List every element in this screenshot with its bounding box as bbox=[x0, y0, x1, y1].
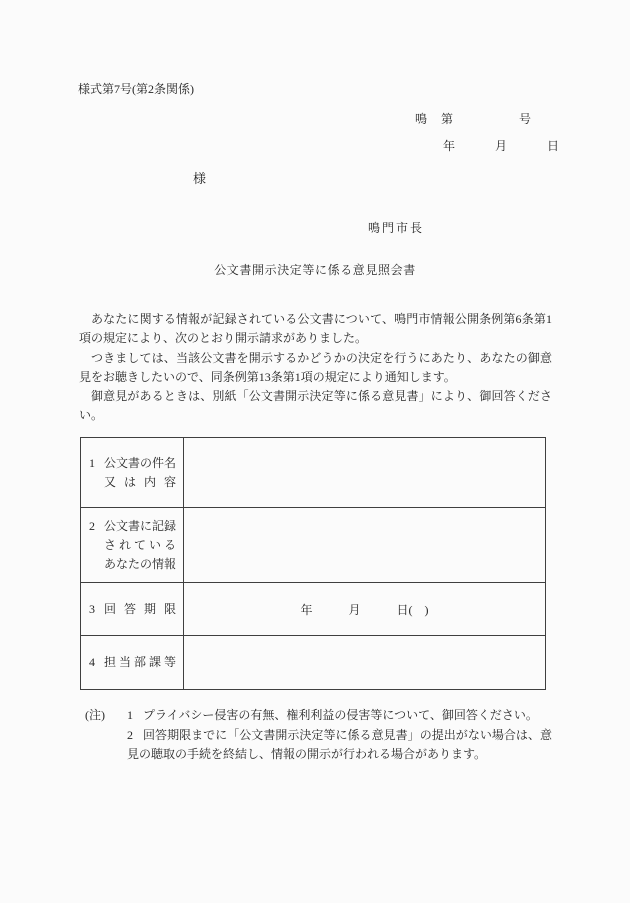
table-row-2: 2 公文書に記録 されている あなたの情報 bbox=[81, 508, 546, 583]
note-item-2: 2回答期限までに「公文書開示決定等に係る意見書」の提出がない場合は、意見の聴取の… bbox=[80, 726, 552, 765]
document-page: 様式第7号(第2条関係) 鳴 第 号 年 月 日 様 鳴門市長 公文書開示決定等… bbox=[0, 0, 630, 903]
row-1-label-line-2: 又は内容 bbox=[104, 473, 176, 492]
row-4-value-cell bbox=[184, 636, 546, 690]
row-2-number: 2 bbox=[89, 517, 104, 536]
note-2-number: 2 bbox=[127, 726, 143, 746]
ref-number-line: 鳴 第 号 bbox=[415, 110, 532, 127]
row-2-label-line-1: 公文書に記録 bbox=[104, 517, 176, 536]
note-item-1: 1プライバシー侵害の有無、権利利益の侵害等について、御回答ください。 bbox=[80, 706, 552, 726]
body-paragraphs: あなたに関する情報が記録されている公文書について、鳴門市情報公開条例第6条第1項… bbox=[79, 310, 552, 426]
row-1-label-cell: 1 公文書の件名 又は内容 bbox=[81, 438, 184, 508]
row-2-value-cell bbox=[184, 508, 546, 583]
note-2-text: 回答期限までに「公文書開示決定等に係る意見書」の提出がない場合は、意見の聴取の手… bbox=[127, 728, 552, 762]
note-1-number: 1 bbox=[127, 706, 143, 726]
row-1-label-line-1: 公文書の件名 bbox=[104, 454, 176, 473]
document-title: 公文書開示決定等に係る意見照会書 bbox=[0, 261, 630, 278]
table-row-1: 1 公文書の件名 又は内容 bbox=[81, 438, 546, 508]
date-line: 年 月 日 bbox=[443, 137, 560, 154]
row-3-label-line-1: 回答期限 bbox=[104, 600, 176, 619]
row-2-label-line-2: されている bbox=[104, 536, 176, 555]
addressee-sama: 様 bbox=[193, 168, 206, 187]
table-row-4: 4 担当部課等 bbox=[81, 636, 546, 690]
note-1-text: プライバシー侵害の有無、権利利益の侵害等について、御回答ください。 bbox=[143, 708, 538, 722]
row-1-value-cell bbox=[184, 438, 546, 508]
row-2-label-cell: 2 公文書に記録 されている あなたの情報 bbox=[81, 508, 184, 583]
row-2-label-line-3: あなたの情報 bbox=[104, 555, 176, 574]
table-row-3: 3 回答期限 年 月 日( ) bbox=[81, 583, 546, 636]
note-prefix: (注) bbox=[85, 706, 105, 726]
paragraph-3: 御意見があるときは、別紙「公文書開示決定等に係る意見書」により、御回答ください。 bbox=[79, 387, 552, 426]
sender-mayor: 鳴門市長 bbox=[368, 219, 424, 236]
row-4-label-cell: 4 担当部課等 bbox=[81, 636, 184, 690]
form-number: 様式第7号(第2条関係) bbox=[78, 80, 194, 97]
row-3-number: 3 bbox=[89, 600, 104, 619]
row-3-value-cell: 年 月 日( ) bbox=[184, 583, 546, 636]
paragraph-1: あなたに関する情報が記録されている公文書について、鳴門市情報公開条例第6条第1項… bbox=[79, 310, 552, 349]
notes-section: (注) 1プライバシー侵害の有無、権利利益の侵害等について、御回答ください。 2… bbox=[80, 706, 552, 765]
row-4-label-line-1: 担当部課等 bbox=[104, 653, 176, 672]
paragraph-2: つきましては、当該公文書を開示するかどうかの決定を行うにあたり、あなたの御意見を… bbox=[79, 349, 552, 388]
form-table: 1 公文書の件名 又は内容 2 公文書に記録 されている あなたの情報 bbox=[80, 437, 546, 690]
row-4-number: 4 bbox=[89, 653, 104, 672]
row-1-number: 1 bbox=[89, 454, 104, 473]
row-3-label-cell: 3 回答期限 bbox=[81, 583, 184, 636]
